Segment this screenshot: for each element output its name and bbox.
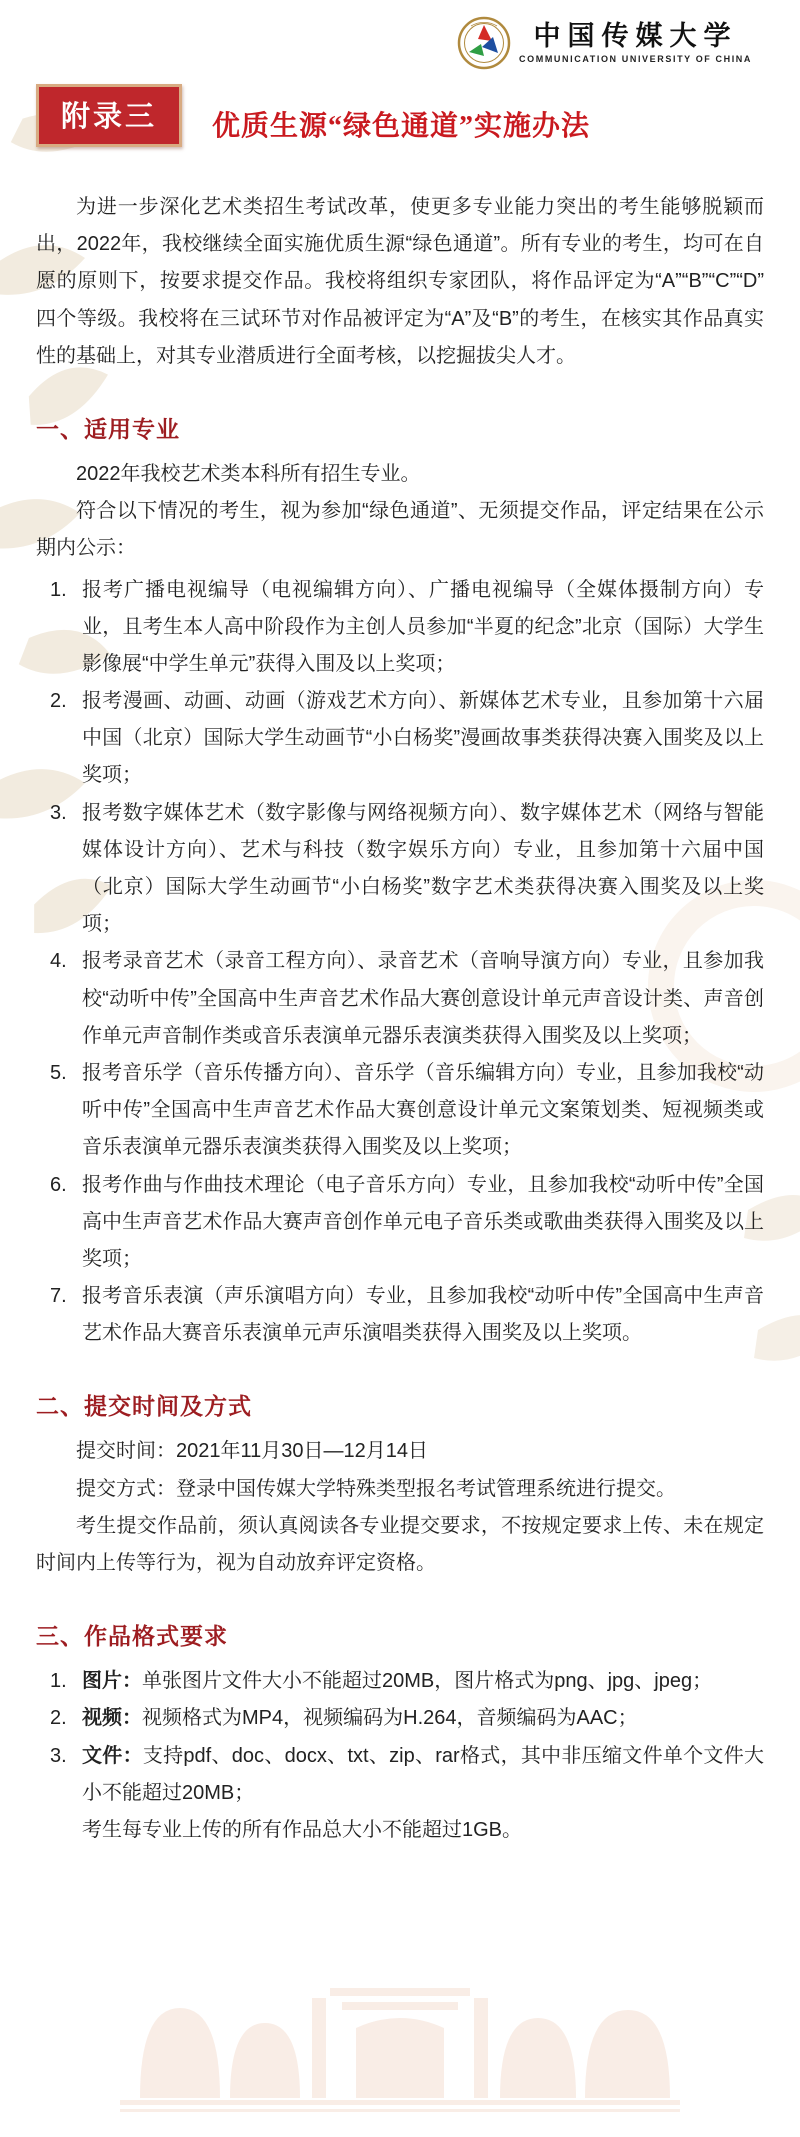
format-label: 文件： xyxy=(82,1745,143,1767)
format-list: 图片：单张图片文件大小不能超过20MB，图片格式为png、jpg、jpeg； 视… xyxy=(36,1663,764,1812)
format-text: 视频格式为MP4，视频编码为H.264，音频编码为AAC； xyxy=(142,1707,638,1729)
list-item-image-format: 图片：单张图片文件大小不能超过20MB，图片格式为png、jpg、jpeg； xyxy=(36,1663,764,1700)
paragraph-submit-time: 提交时间：2021年11月30日—12月14日 xyxy=(36,1433,764,1470)
title-row: 附录三 优质生源“绿色通道”实施办法 xyxy=(36,84,764,147)
paragraph-submit-notice: 考生提交作品前，须认真阅读各专业提交要求，不按规定要求上传、未在规定时间内上传等… xyxy=(36,1508,764,1582)
section-heading-format: 三、作品格式要求 xyxy=(36,1618,764,1651)
section-heading-applicable-majors: 一、适用专业 xyxy=(36,411,764,444)
list-item: 报考广播电视编导（电视编辑方向）、广播电视编导（全媒体摄制方向）专业，且考生本人… xyxy=(36,572,764,684)
format-text: 单张图片文件大小不能超过20MB，图片格式为png、jpg、jpeg； xyxy=(142,1670,712,1692)
university-name: 中国传媒大学 COMMUNICATION UNIVERSITY OF CHINA xyxy=(519,22,752,65)
intro-paragraph: 为进一步深化艺术类招生考试改革，使更多专业能力突出的考生能够脱颖而出，2022年… xyxy=(36,189,764,375)
list-item: 报考数字媒体艺术（数字影像与网络视频方向）、数字媒体艺术（网络与智能媒体设计方向… xyxy=(36,795,764,944)
paragraph-submit-method: 提交方式：登录中国传媒大学特殊类型报名考试管理系统进行提交。 xyxy=(36,1471,764,1508)
document-page: { "logo": { "cn": "中国传媒大学", "en": "COMMU… xyxy=(0,0,800,2137)
university-name-cn: 中国传媒大学 xyxy=(534,22,738,52)
format-label: 图片： xyxy=(82,1670,142,1692)
format-label: 视频： xyxy=(82,1707,142,1729)
section-heading-submission: 二、提交时间及方式 xyxy=(36,1388,764,1421)
document-content: 中国传媒大学 COMMUNICATION UNIVERSITY OF CHINA… xyxy=(0,0,800,1849)
university-name-en: COMMUNICATION UNIVERSITY OF CHINA xyxy=(519,54,752,64)
list-item: 报考录音艺术（录音工程方向）、录音艺术（音响导演方向）专业，且参加我校“动听中传… xyxy=(36,943,764,1055)
list-item-video-format: 视频：视频格式为MP4，视频编码为H.264，音频编码为AAC； xyxy=(36,1700,764,1737)
building-watermark xyxy=(80,1968,720,2118)
university-emblem-icon xyxy=(457,16,511,70)
format-text: 支持pdf、doc、docx、txt、zip、rar格式，其中非压缩文件单个文件… xyxy=(82,1745,764,1804)
list-item: 报考音乐学（音乐传播方向）、音乐学（音乐编辑方向）专业，且参加我校“动听中传”全… xyxy=(36,1055,764,1167)
list-item-file-format: 文件：支持pdf、doc、docx、txt、zip、rar格式，其中非压缩文件单… xyxy=(36,1738,764,1812)
page-title: 优质生源“绿色通道”实施办法 xyxy=(212,104,590,147)
list-item: 报考作曲与作曲技术理论（电子音乐方向）专业，且参加我校“动听中传”全国高中生声音… xyxy=(36,1167,764,1279)
university-logo: 中国传媒大学 COMMUNICATION UNIVERSITY OF CHINA xyxy=(36,0,764,70)
paragraph: 符合以下情况的考生，视为参加“绿色通道”、无须提交作品，评定结果在公示期内公示： xyxy=(36,493,764,567)
eligibility-list: 报考广播电视编导（电视编辑方向）、广播电视编导（全媒体摄制方向）专业，且考生本人… xyxy=(36,572,764,1353)
list-item: 报考音乐表演（声乐演唱方向）专业，且参加我校“动听中传”全国高中生声音艺术作品大… xyxy=(36,1278,764,1352)
appendix-badge: 附录三 xyxy=(36,84,182,147)
paragraph: 2022年我校艺术类本科所有招生专业。 xyxy=(36,456,764,493)
list-item: 报考漫画、动画、动画（游戏艺术方向）、新媒体艺术专业，且参加第十六届中国（北京）… xyxy=(36,683,764,795)
total-size-note: 考生每专业上传的所有作品总大小不能超过1GB。 xyxy=(36,1812,764,1849)
